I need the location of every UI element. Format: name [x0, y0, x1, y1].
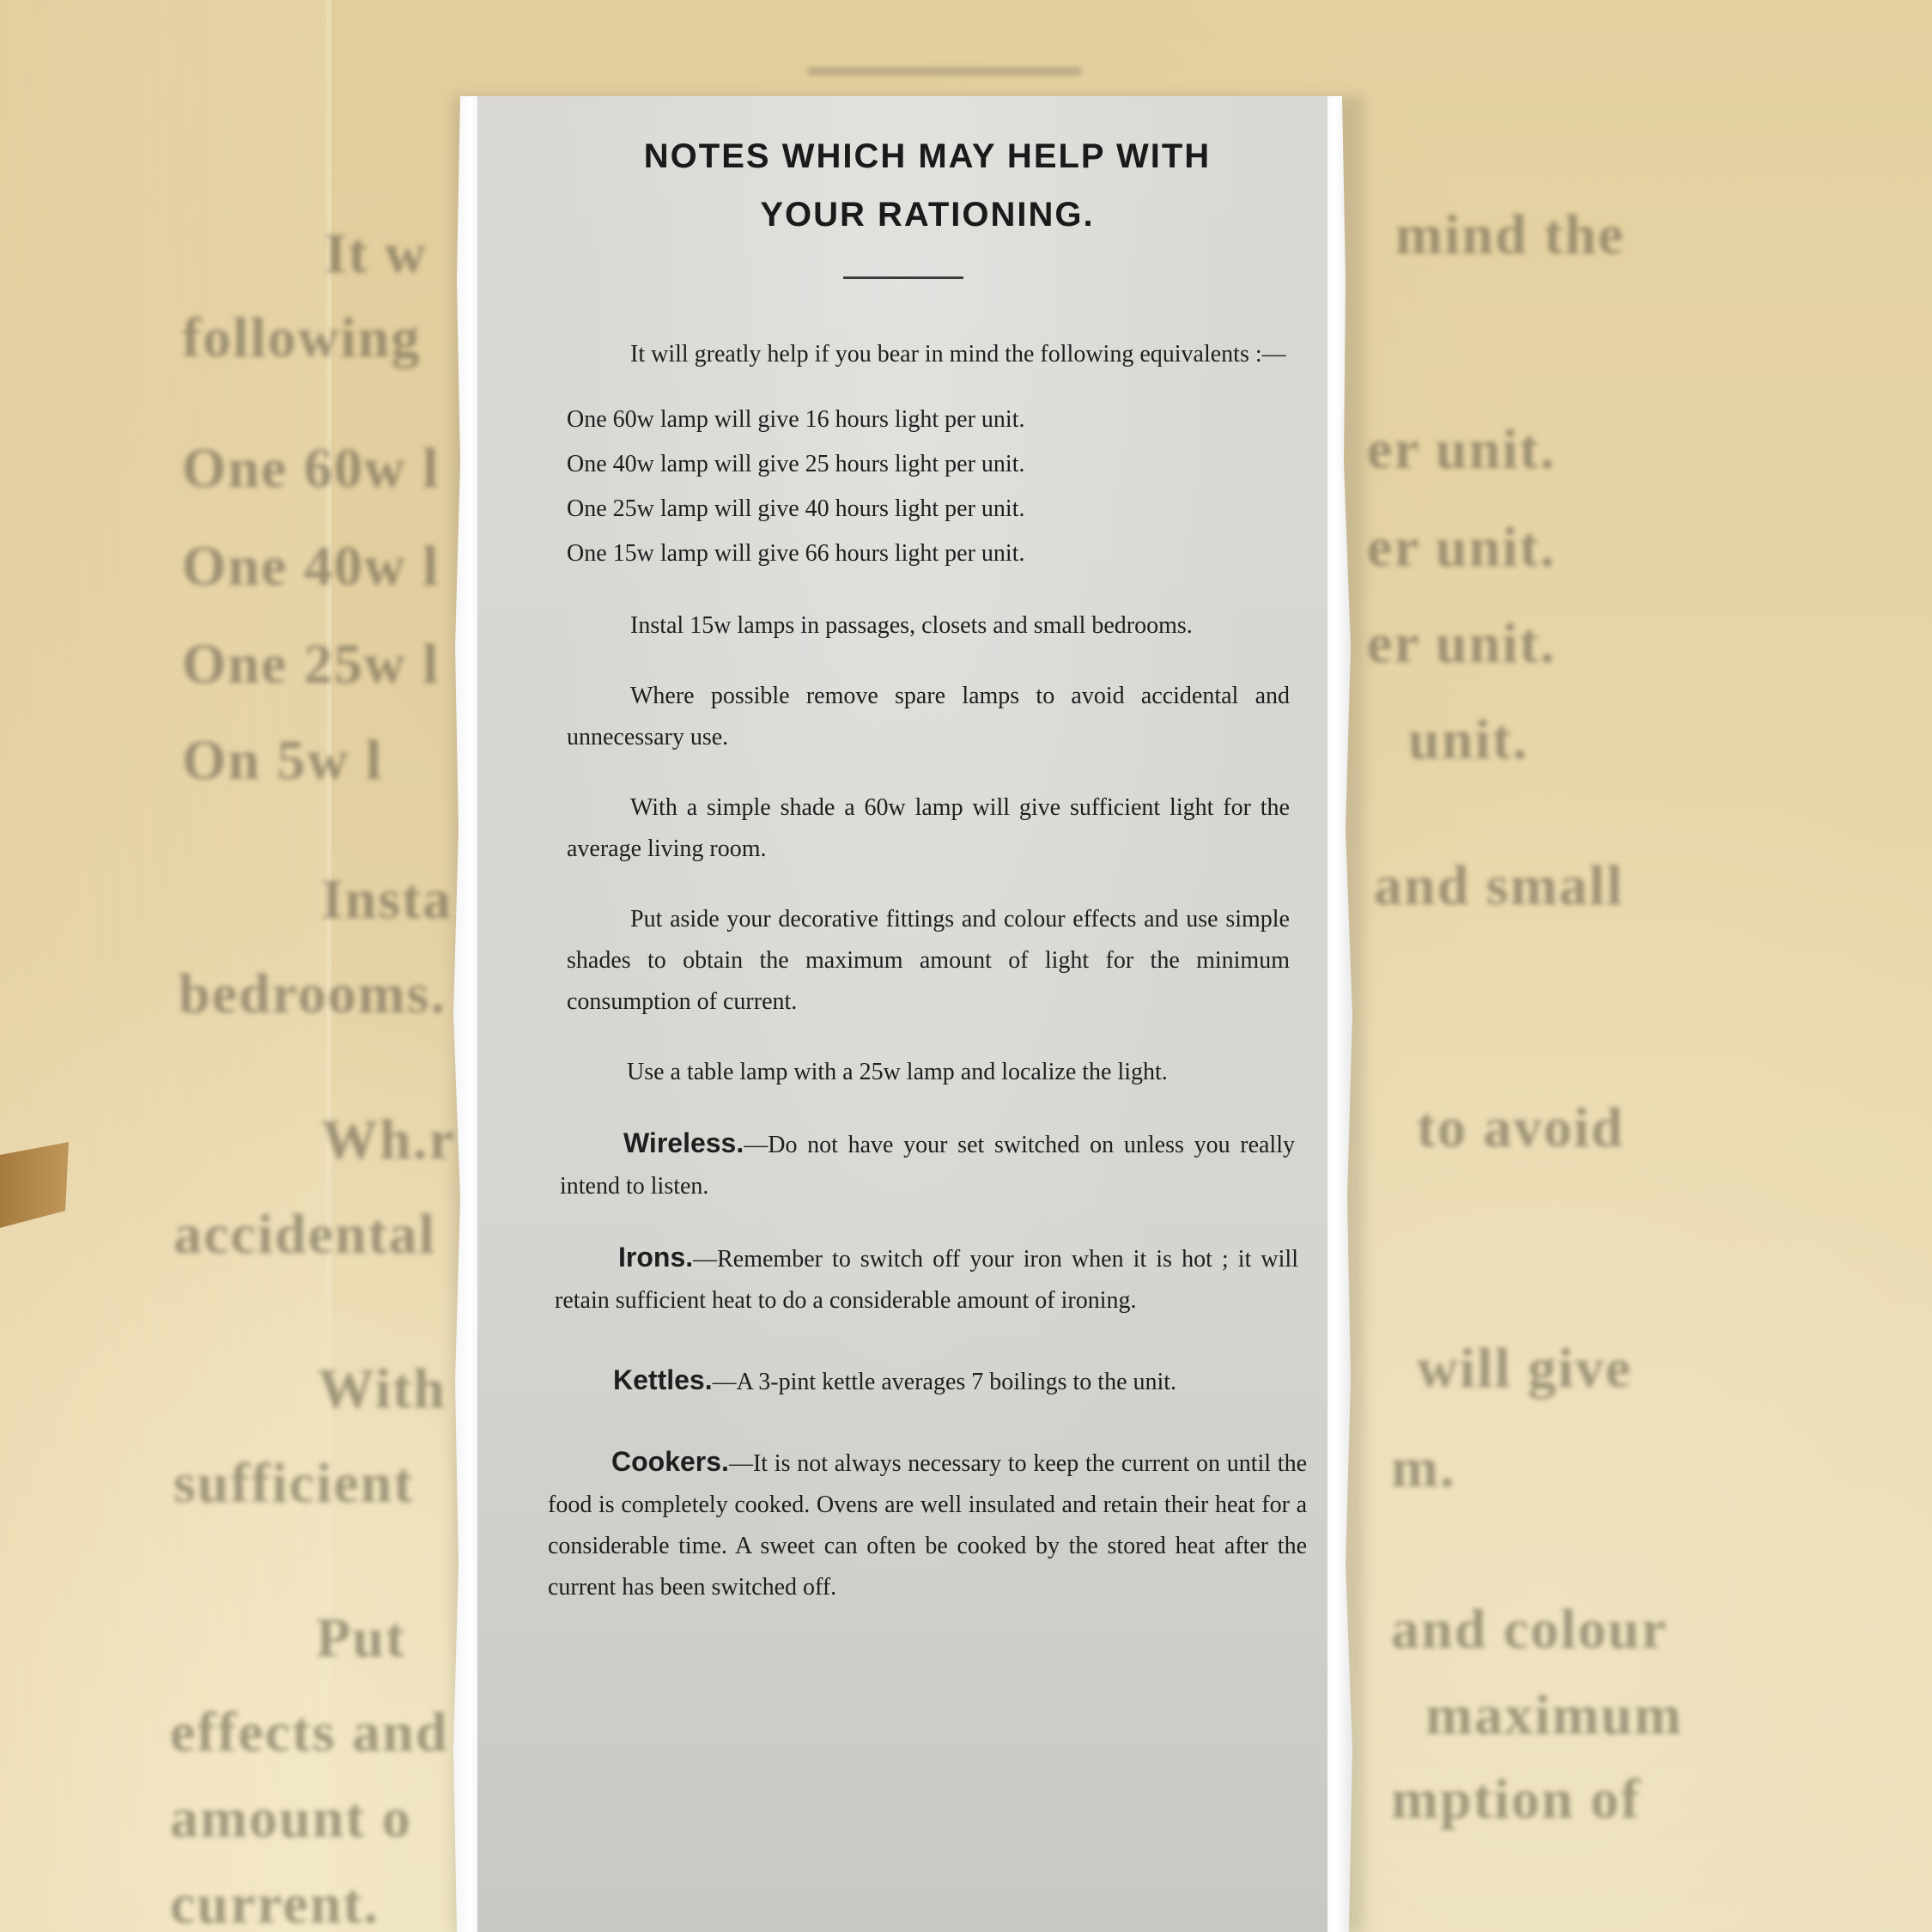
bg-text-right: er unit.: [1367, 515, 1556, 580]
bg-text-left: One 40w l: [182, 534, 440, 599]
bg-text-right: mption of: [1391, 1767, 1641, 1832]
bg-text-left: Put: [316, 1606, 406, 1671]
bg-text-left: It w: [325, 222, 428, 287]
background-rule: [807, 67, 1082, 76]
section-kettles: Kettles.—A 3-pint kettle averages 7 boil…: [550, 1359, 1303, 1403]
bg-text-left: One 60w l: [182, 436, 440, 501]
paragraph: Use a table lamp with a 25w lamp and loc…: [563, 1052, 1293, 1093]
bg-text-left: Wh.r: [321, 1108, 456, 1173]
bg-text-right: will give: [1417, 1336, 1632, 1401]
bg-text-left: following: [182, 306, 421, 371]
newspaper-clipping: NOTES WHICH MAY HELP WITH YOUR RATIONING…: [477, 96, 1327, 1932]
paragraph: Where possible remove spare lamps to avo…: [567, 676, 1290, 758]
paragraph: Instal 15w lamps in passages, closets an…: [567, 605, 1290, 647]
bg-text-left: One 25w l: [182, 632, 440, 697]
equivalent-item: One 60w lamp will give 16 hours light pe…: [567, 398, 1290, 442]
section-wireless: Wireless.—Do not have your set switched …: [560, 1122, 1295, 1207]
equivalents-list: One 60w lamp will give 16 hours light pe…: [567, 398, 1290, 576]
document-title: NOTES WHICH MAY HELP WITH YOUR RATIONING…: [532, 127, 1322, 244]
section-text: —A 3-pint kettle averages 7 boilings to …: [713, 1369, 1176, 1395]
bg-text-left: On 5w l: [182, 728, 383, 793]
equivalent-item: One 40w lamp will give 25 hours light pe…: [567, 442, 1290, 487]
bg-text-left: With: [318, 1357, 447, 1422]
bg-text-left: Insta: [321, 867, 453, 933]
intro-paragraph: It will greatly help if you bear in mind…: [567, 334, 1290, 375]
section-heading: Irons.: [618, 1242, 693, 1273]
bg-text-right: mind the: [1395, 203, 1625, 268]
title-divider: [843, 276, 963, 279]
paragraph: Put aside your decorative fittings and c…: [567, 899, 1290, 1023]
bg-text-left: sufficient: [173, 1451, 414, 1516]
equivalent-item: One 15w lamp will give 66 hours light pe…: [567, 532, 1290, 576]
section-heading: Kettles.: [613, 1364, 713, 1395]
bg-text-left: bedrooms.: [179, 962, 447, 1027]
bg-text-right: and colour: [1391, 1597, 1668, 1662]
title-line-2: YOUR RATIONING.: [532, 185, 1322, 244]
bg-text-left: current.: [170, 1872, 380, 1932]
bg-text-right: and small: [1374, 854, 1624, 919]
section-cookers: Cookers.—It is not always necessary to k…: [548, 1441, 1307, 1608]
section-irons: Irons.—Remember to switch off your iron …: [555, 1236, 1298, 1321]
bg-text-left: effects and: [170, 1700, 448, 1765]
bg-text-right: to avoid: [1417, 1096, 1625, 1161]
bg-text-right: m.: [1391, 1436, 1455, 1501]
bg-text-right: er unit.: [1367, 611, 1556, 677]
bg-text-right: unit.: [1408, 708, 1528, 773]
bg-text-left: amount o: [170, 1786, 412, 1851]
section-heading: Wireless.: [623, 1127, 744, 1158]
section-heading: Cookers.: [611, 1446, 729, 1477]
bg-text-right: er unit.: [1367, 417, 1556, 483]
title-line-1: NOTES WHICH MAY HELP WITH: [532, 127, 1322, 185]
equivalent-item: One 25w lamp will give 40 hours light pe…: [567, 487, 1290, 532]
paragraph: With a simple shade a 60w lamp will give…: [567, 787, 1290, 870]
bg-text-right: maximum: [1425, 1683, 1683, 1748]
bg-text-left: accidental: [173, 1202, 436, 1267]
